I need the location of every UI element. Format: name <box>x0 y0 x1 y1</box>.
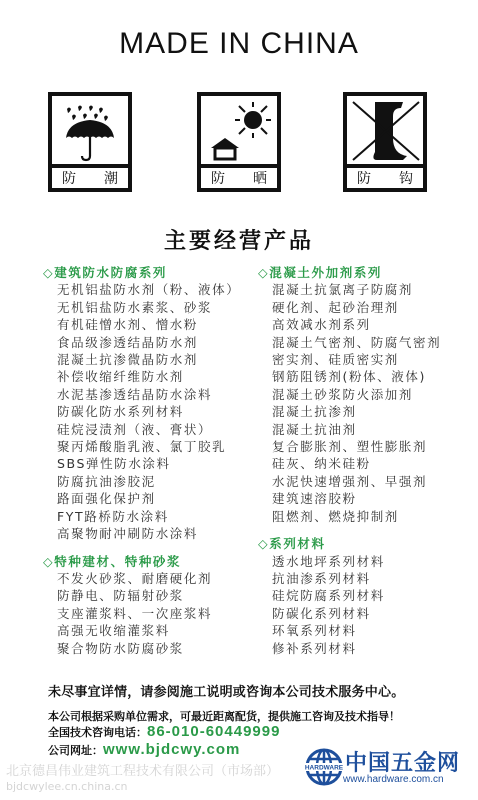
sign-sun-proof: 防 晒 <box>197 92 281 192</box>
right-column: ◇混凝土外加剂系列 混凝土抗氯离子防腐剂 硬化剂、起砂治理剂 高效减水剂系列 混… <box>272 264 441 657</box>
list-item: 高强无收缩灌浆料 <box>57 622 240 639</box>
phone-label: 全国技术咨询电话： <box>48 726 147 739</box>
globe-icon: HARDWARE <box>305 748 343 786</box>
list-item: 密实剂、硅质密实剂 <box>272 351 441 368</box>
svg-text:HARDWARE: HARDWARE <box>305 765 343 772</box>
list-item: 修补系列材料 <box>272 640 441 657</box>
sign-label: 防 潮 <box>52 164 128 188</box>
left-column: ◇建筑防水防腐系列 无机铝盐防水剂（粉、液体） 无机铝盐防水素浆、砂浆 有机硅憎… <box>57 264 240 657</box>
list-item: 混凝土抗渗剂 <box>272 403 441 420</box>
list-item: 钢筋阻锈剂(粉体、液体) <box>272 368 441 385</box>
list-item: 混凝土砂浆防火添加剂 <box>272 386 441 403</box>
list-item: 防碳化防水系列材料 <box>57 403 240 420</box>
notice-text: 未尽事宜详情，请参阅施工说明或咨询本公司技术服务中心。 <box>48 681 404 700</box>
list-item: 混凝土抗氯离子防腐剂 <box>272 281 441 298</box>
list-item: 阻燃剂、燃烧抑制剂 <box>272 508 441 525</box>
sign-no-hook: 防 钩 <box>343 92 427 192</box>
website-label: 公司网址： <box>48 744 103 757</box>
section-heading: ◇系列材料 <box>258 535 441 552</box>
sign-moisture-proof: 防 潮 <box>48 92 132 192</box>
logo-url: www.hardware.com.cn <box>343 774 444 785</box>
hardware-logo[interactable]: HARDWARE 中国五金网 www.hardware.com.cn <box>305 748 475 790</box>
section-heading: ◇特种建材、特种砂浆 <box>43 553 240 570</box>
list-item: 硅烷浸渍剂（液、膏状） <box>57 421 240 438</box>
list-item: 补偿收缩纤维防水剂 <box>57 368 240 385</box>
section-heading: ◇混凝土外加剂系列 <box>258 264 441 281</box>
sign-label-right: 潮 <box>104 168 118 188</box>
list-item: 水泥快速增强剂、早强剂 <box>272 473 441 490</box>
sign-label-right: 晒 <box>253 168 267 188</box>
logo-name: 中国五金网 <box>345 746 460 777</box>
sun-house-icon <box>201 96 277 164</box>
website-line: 公司网址：www.bjdcwy.com <box>48 741 240 758</box>
list-item: 聚丙烯酸脂乳液、氯丁胶乳 <box>57 438 240 455</box>
list-item: 硬化剂、起砂治理剂 <box>272 299 441 316</box>
list-item: 防碳化系列材料 <box>272 605 441 622</box>
list-item: 无机铝盐防水剂（粉、液体） <box>57 281 240 298</box>
list-item: FYT路桥防水涂料 <box>57 508 240 525</box>
list-item: 高聚物耐冲刷防水涂料 <box>57 525 240 542</box>
list-item: 防腐抗油渗胶泥 <box>57 473 240 490</box>
list-item: 复合膨胀剂、塑性膨胀剂 <box>272 438 441 455</box>
list-item: 防静电、防辐射砂浆 <box>57 587 240 604</box>
list-item: 路面强化保护剂 <box>57 490 240 507</box>
handling-signs: 防 潮 防 晒 防 钩 <box>0 92 478 198</box>
list-item: 无机铝盐防水素浆、砂浆 <box>57 299 240 316</box>
list-item: 水泥基渗透结晶防水涂料 <box>57 386 240 403</box>
list-item: 透水地坪系列材料 <box>272 553 441 570</box>
watermark-domain: bjdcwylee.cn.china.cn <box>6 780 127 793</box>
list-item: 支座灌浆料、一次座浆料 <box>57 605 240 622</box>
umbrella-rain-icon <box>52 96 128 164</box>
list-item: 混凝土抗油剂 <box>272 421 441 438</box>
watermark-company: 北京德昌伟业建筑工程技术有限公司（市场部） <box>6 760 279 779</box>
list-item: 硅灰、纳米硅粉 <box>272 455 441 472</box>
sign-label: 防 钩 <box>347 164 423 188</box>
no-hook-icon <box>347 96 423 164</box>
list-item: 抗油渗系列材料 <box>272 570 441 587</box>
phone-number: 86-010-60449999 <box>147 723 280 740</box>
main-products-title: 主要经营产品 <box>0 224 478 255</box>
made-in-china-title: MADE IN CHINA <box>0 28 478 60</box>
section-heading: ◇建筑防水防腐系列 <box>43 264 240 281</box>
list-item: 高效减水剂系列 <box>272 316 441 333</box>
sign-label-left: 防 <box>211 168 225 188</box>
list-item: 混凝土气密剂、防腐气密剂 <box>272 334 441 351</box>
list-item: 建筑速溶胶粉 <box>272 490 441 507</box>
list-item: 有机硅憎水剂、憎水粉 <box>57 316 240 333</box>
list-item: 不发火砂浆、耐磨硬化剂 <box>57 570 240 587</box>
list-item: SBS弹性防水涂料 <box>57 455 240 472</box>
website-link[interactable]: www.bjdcwy.com <box>103 741 240 758</box>
list-item: 聚合物防水防腐砂浆 <box>57 640 240 657</box>
service-text: 本公司根据采购单位需求，可最近距离配货，提供施工咨询及技术指导！ <box>48 708 400 724</box>
list-item: 混凝土抗渗微晶防水剂 <box>57 351 240 368</box>
sign-label-left: 防 <box>62 168 76 188</box>
sign-label-left: 防 <box>357 168 371 188</box>
list-item: 食品级渗透结晶防水剂 <box>57 334 240 351</box>
list-item: 硅烷防腐系列材料 <box>272 587 441 604</box>
sign-label-right: 钩 <box>399 168 413 188</box>
phone-line: 全国技术咨询电话：86-010-60449999 <box>48 723 280 740</box>
sign-label: 防 晒 <box>201 164 277 188</box>
list-item: 环氧系列材料 <box>272 622 441 639</box>
